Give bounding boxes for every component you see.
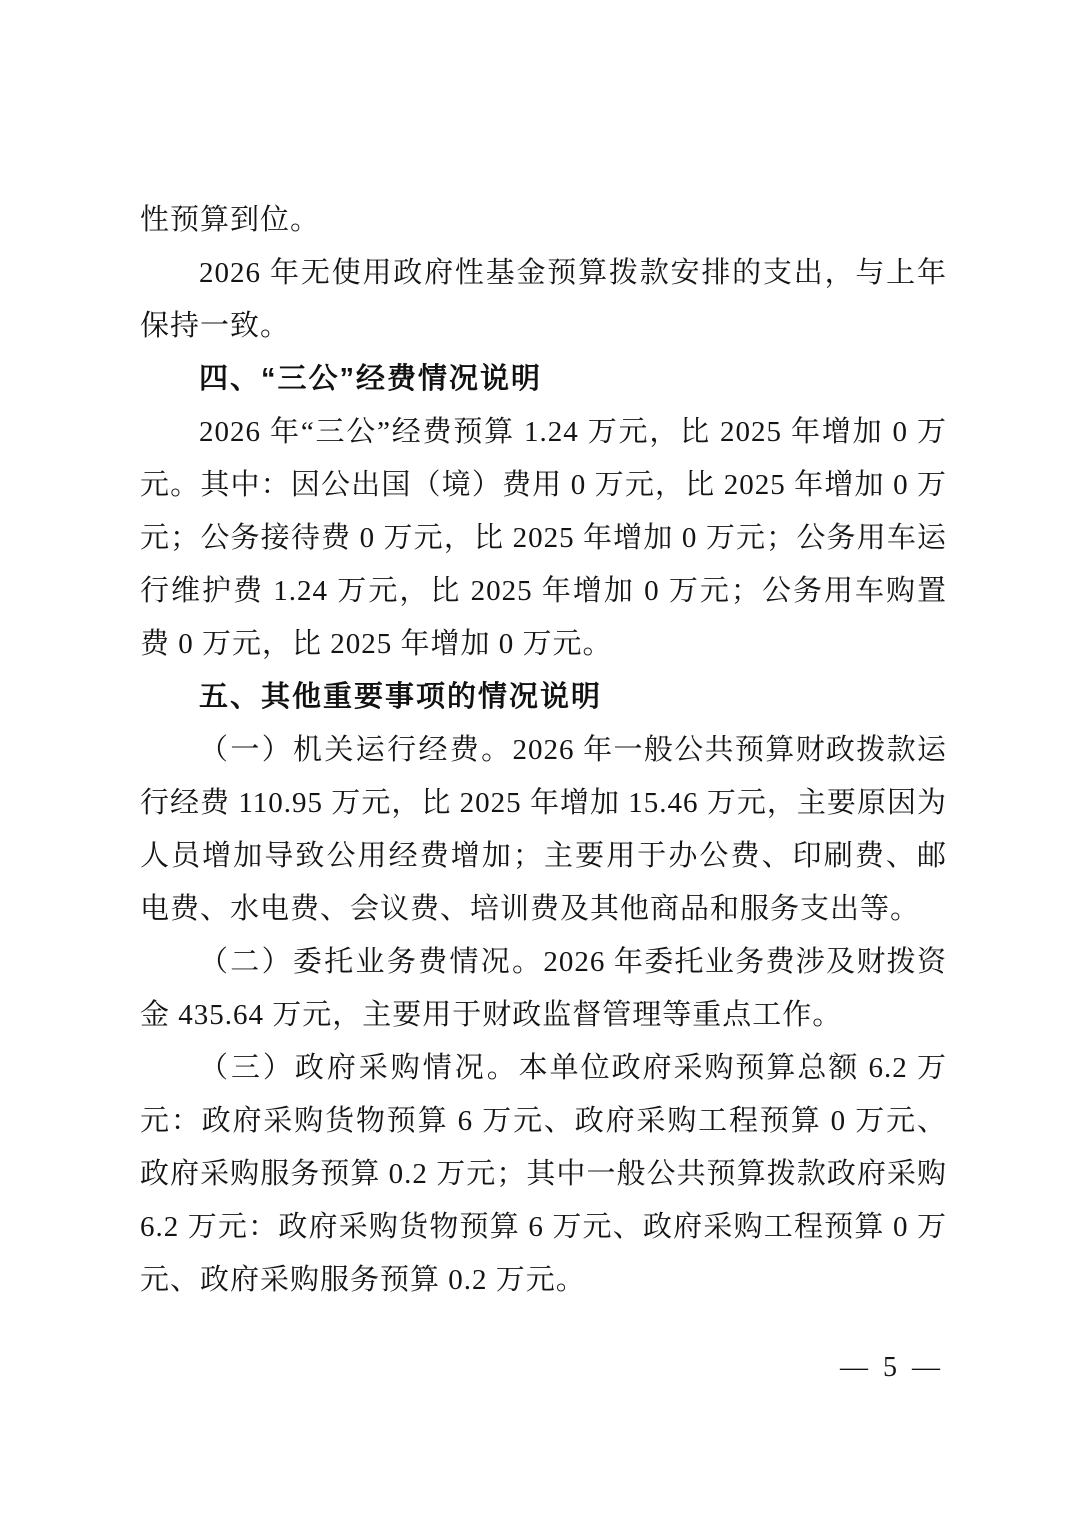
document-body: 性预算到位。 2026 年无使用政府性基金预算拨款安排的支出，与上年保持一致。 … (140, 194, 947, 1307)
paragraph-gov-fund-budget: 2026 年无使用政府性基金预算拨款安排的支出，与上年保持一致。 (140, 247, 947, 353)
subitem-text-three: 本单位政府采购预算总额 6.2 万元：政府采购货物预算 6 万元、政府采购工程预… (140, 1052, 947, 1296)
paragraph-sangong-expenses: 2026 年“三公”经费预算 1.24 万元，比 2025 年增加 0 万元。其… (140, 406, 947, 671)
paragraph-agency-operating-funds: （一）机关运行经费。2026 年一般公共预算财政拨款运行经费 110.95 万元… (140, 724, 947, 936)
paragraph-government-procurement: （三）政府采购情况。本单位政府采购预算总额 6.2 万元：政府采购货物预算 6 … (140, 1042, 947, 1307)
section-heading-five-other-matters: 五、其他重要事项的情况说明 (140, 671, 947, 724)
subitem-lead-one: （一）机关运行经费。 (199, 734, 513, 766)
paragraph-continuation: 性预算到位。 (140, 194, 947, 247)
subitem-lead-three: （三）政府采购情况。 (199, 1052, 519, 1084)
section-heading-four-sangong: 四、“三公”经费情况说明 (140, 353, 947, 406)
page-number: — 5 — (840, 1348, 944, 1388)
subitem-lead-two: （二）委托业务费情况。 (199, 946, 543, 978)
document-page: 性预算到位。 2026 年无使用政府性基金预算拨款安排的支出，与上年保持一致。 … (0, 0, 1074, 1520)
paragraph-entrusted-business-fee: （二）委托业务费情况。2026 年委托业务费涉及财拨资金 435.64 万元，主… (140, 936, 947, 1042)
